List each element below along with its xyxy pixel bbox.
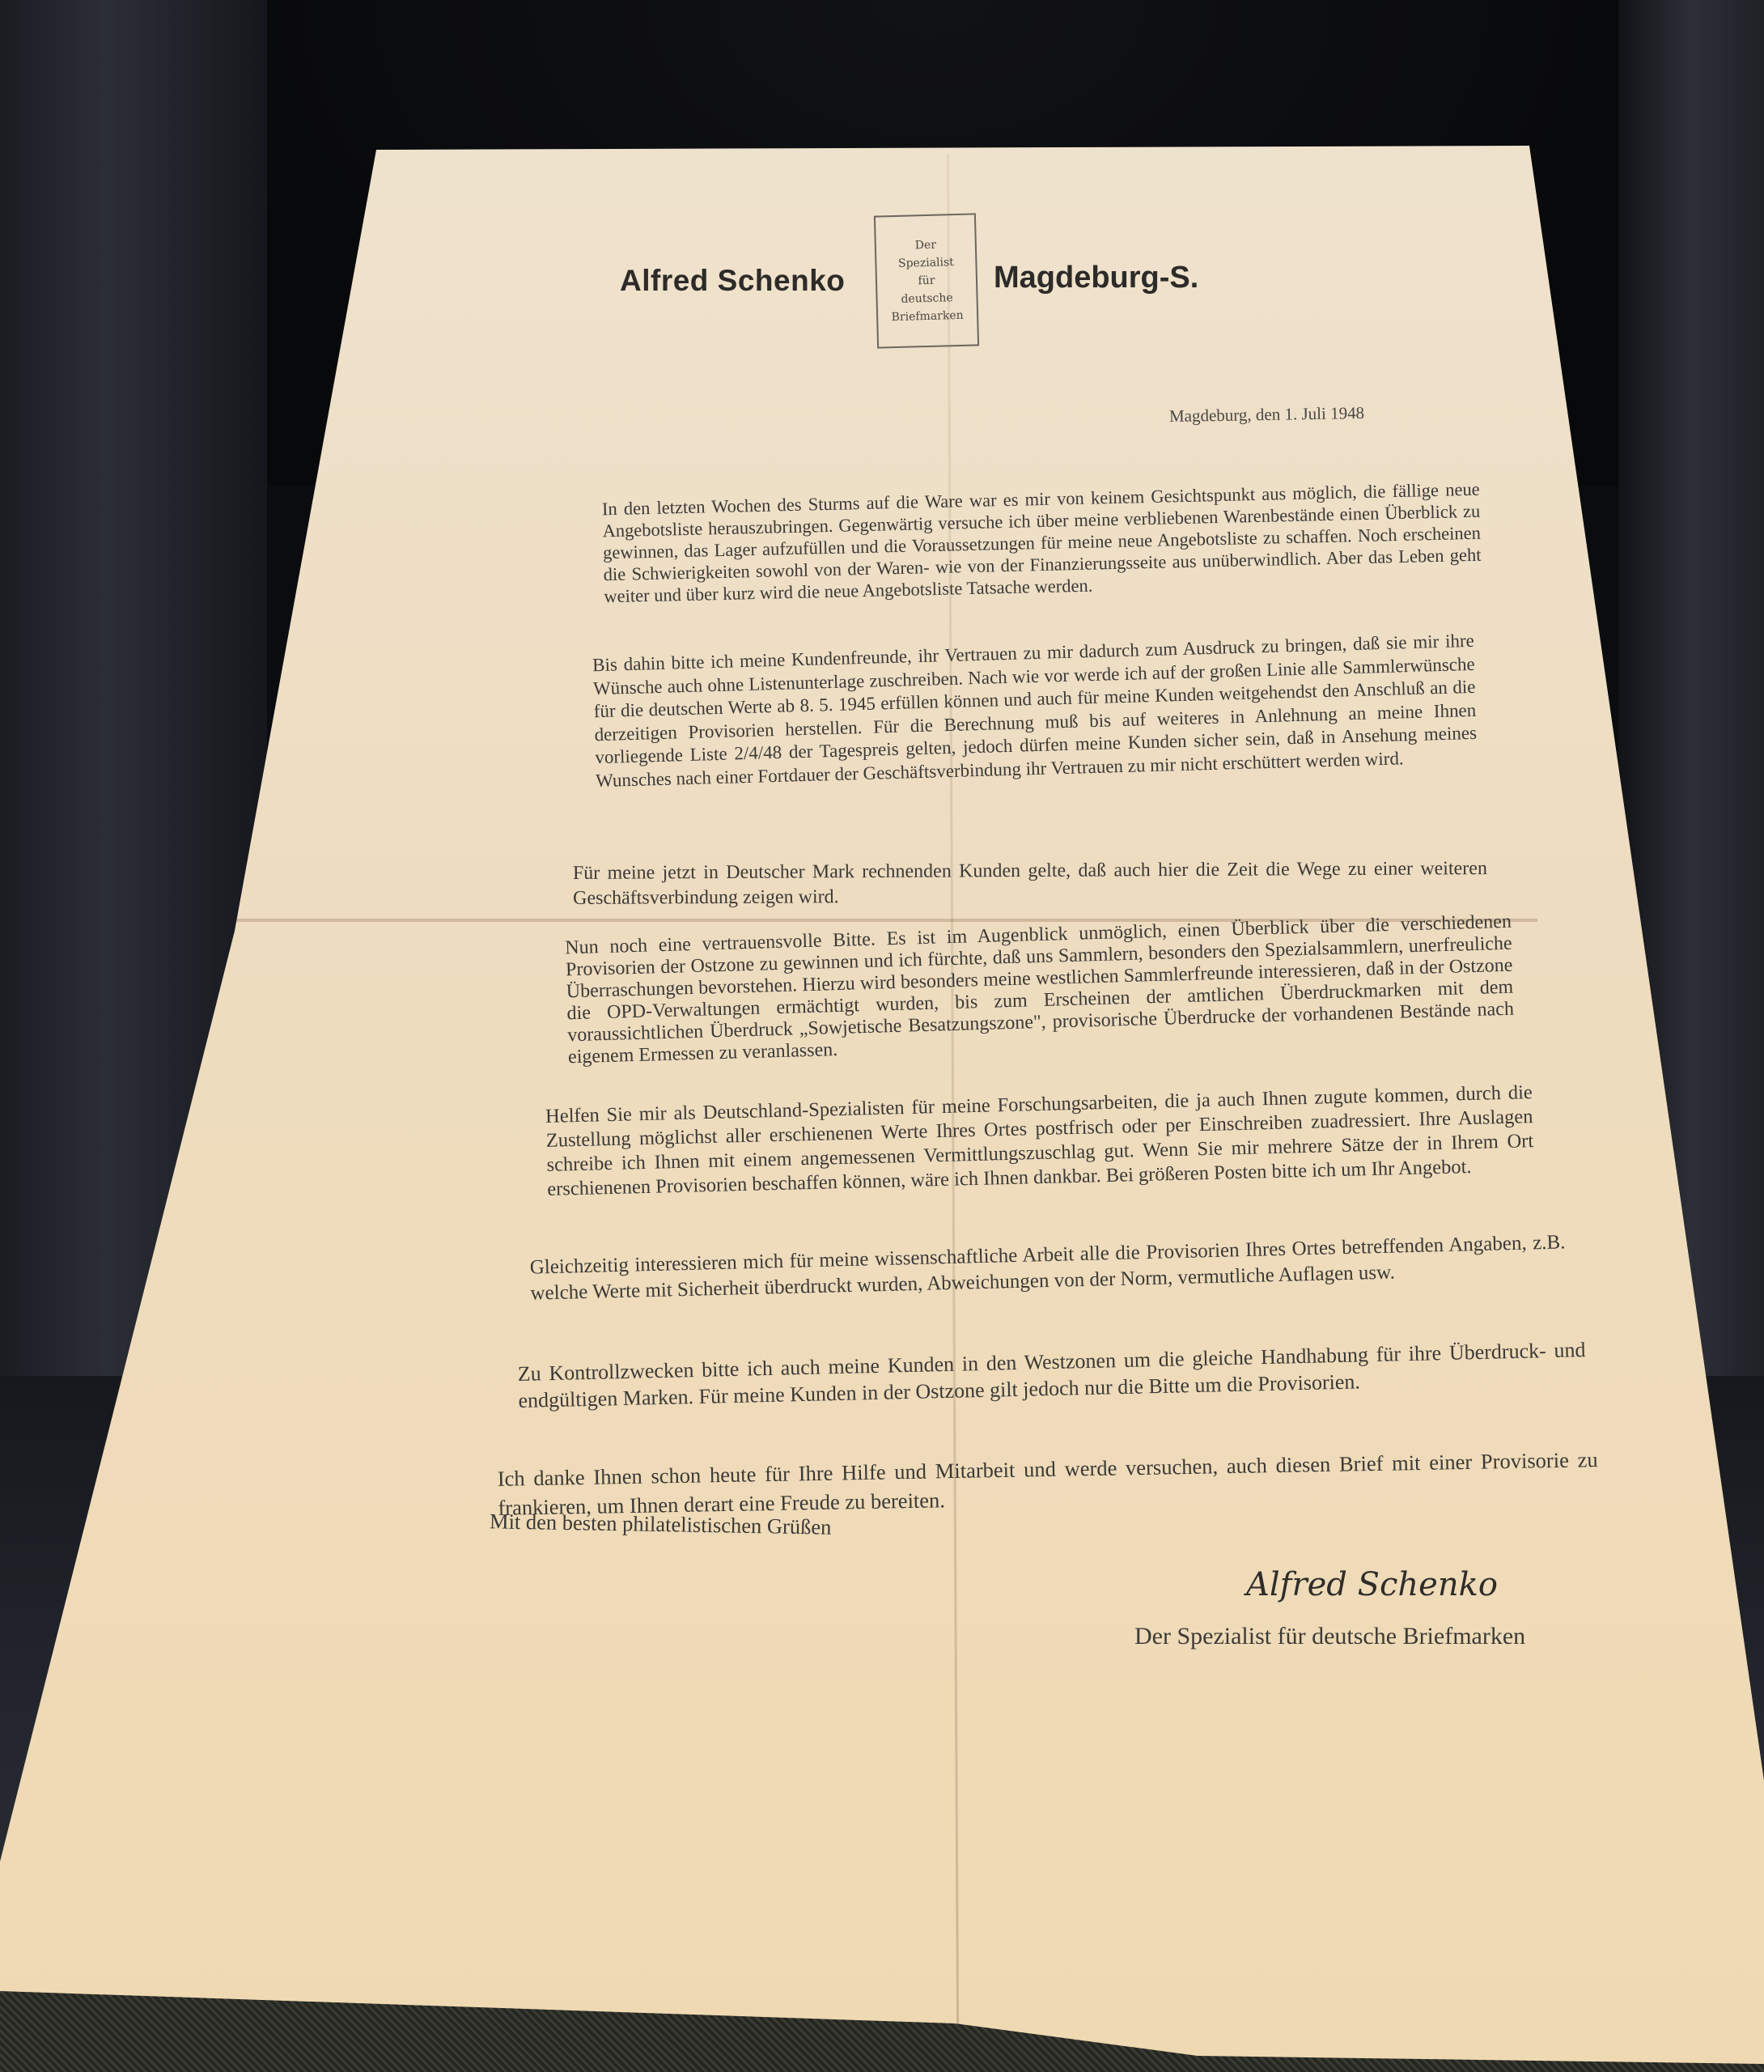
paragraph: In den letzten Wochen des Sturms auf die… bbox=[602, 478, 1482, 607]
paragraph: Zu Kontrollzwecken bitte ich auch meine … bbox=[517, 1336, 1586, 1414]
letter-content: Alfred Schenko Der Spezialist für deutsc… bbox=[0, 0, 1764, 2072]
stamp-logo-line: für bbox=[918, 272, 935, 291]
stamp-logo-line: Briefmarken bbox=[891, 307, 964, 326]
paragraph: Gleichzeitig interessieren mich für mein… bbox=[529, 1229, 1566, 1306]
paragraph: Helfen Sie mir als Deutschland-Spezialis… bbox=[545, 1081, 1535, 1202]
paragraph: Für meine jetzt in Deutscher Mark rechne… bbox=[573, 856, 1487, 911]
signature-name: Alfred Schenko bbox=[1246, 1566, 1498, 1603]
paragraph: Nun noch eine vertrauensvolle Bitte. Es … bbox=[565, 911, 1515, 1069]
date-line: Magdeburg, den 1. Juli 1948 bbox=[1169, 403, 1364, 427]
signature-title: Der Spezialist für deutsche Briefmarken bbox=[1134, 1623, 1525, 1650]
letterhead-sender-name: Alfred Schenko bbox=[620, 264, 845, 298]
stamp-logo-line: deutsche bbox=[901, 289, 953, 308]
paragraph: Ich danke Ihnen schon heute für Ihre Hil… bbox=[497, 1445, 1598, 1522]
closing-salutation: Mit den besten philatelistischen Grüßen bbox=[490, 1509, 832, 1539]
stamp-logo-line: Spezialist bbox=[898, 253, 954, 273]
stamp-logo-line: Der bbox=[914, 236, 936, 255]
paragraph: Bis dahin bitte ich meine Kundenfreunde,… bbox=[592, 630, 1478, 792]
letterhead-city: Magdeburg-S. bbox=[994, 261, 1198, 295]
stamp-logo-icon: Der Spezialist für deutsche Briefmarken bbox=[874, 213, 979, 348]
